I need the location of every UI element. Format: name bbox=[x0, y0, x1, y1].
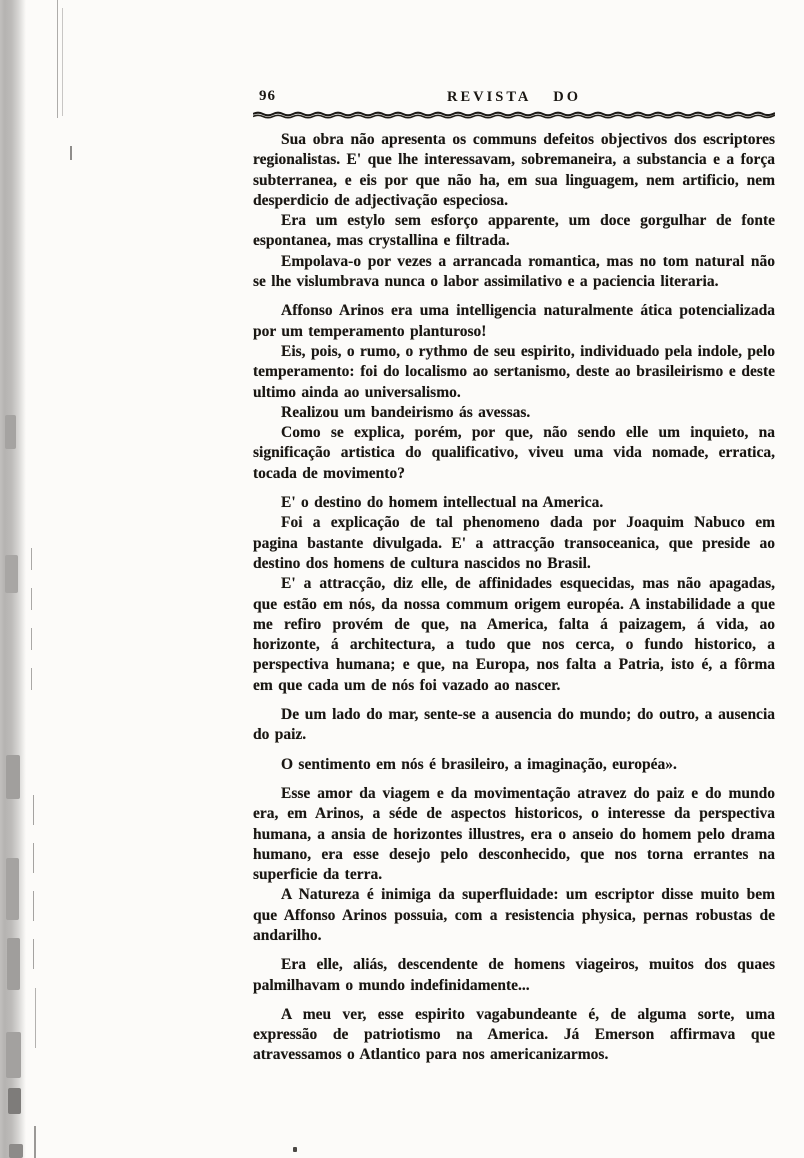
paragraph: Era um estylo sem esforço apparente, um … bbox=[253, 211, 775, 252]
paragraph: Era elle, aliás, descendente de homens v… bbox=[253, 955, 775, 996]
paragraph: De um lado do mar, sente-se a ausencia d… bbox=[253, 705, 775, 746]
scan-scratch bbox=[70, 146, 72, 160]
scan-blotch bbox=[6, 858, 19, 920]
paragraph: A Natureza é inimiga da superfluidade: u… bbox=[253, 885, 775, 946]
paragraph: Eis, pois, o rumo, o rythmo de seu espir… bbox=[253, 342, 775, 403]
paragraph: Foi a explicação de tal phenomeno dada p… bbox=[253, 513, 775, 574]
scan-scratch bbox=[62, 8, 63, 116]
scanned-book-page: 96 REVISTA DO Sua obra não apresenta os … bbox=[0, 0, 804, 1158]
scan-blotch bbox=[6, 755, 20, 799]
scan-blotch bbox=[5, 555, 18, 593]
paragraph: Sua obra não apresenta os communs defeit… bbox=[253, 130, 775, 211]
header-rule bbox=[253, 109, 775, 121]
stray-ink-dot bbox=[293, 1147, 297, 1152]
paragraph: Realizou um bandeirismo ás avessas. bbox=[253, 403, 775, 423]
scan-blotch bbox=[5, 415, 16, 449]
scan-scratch bbox=[35, 988, 36, 1048]
scan-scratch bbox=[31, 548, 32, 698]
paragraph: Affonso Arinos era uma intelligencia nat… bbox=[253, 301, 775, 342]
running-title: REVISTA DO bbox=[253, 89, 775, 106]
paragraph: E' a attracção, diz elle, de affinidades… bbox=[253, 574, 775, 696]
scan-scratch bbox=[57, 0, 58, 118]
scan-blotch bbox=[6, 1032, 21, 1078]
paragraph: E' o destino do homem intellectual na Am… bbox=[253, 493, 775, 513]
paragraph: O sentimento em nós é brasileiro, a imag… bbox=[253, 755, 775, 775]
scan-scratch bbox=[34, 1126, 36, 1158]
scan-blotch bbox=[8, 1088, 21, 1114]
scan-blotch bbox=[7, 938, 20, 990]
text-block: Sua obra não apresenta os communs defeit… bbox=[253, 130, 775, 1066]
paragraph: Como se explica, porém, por que, não sen… bbox=[253, 423, 775, 484]
paragraph: Esse amor da viagem e da movimentação at… bbox=[253, 784, 775, 885]
scan-blotch bbox=[9, 1144, 23, 1158]
scan-scratch bbox=[33, 795, 34, 970]
paragraph: A meu ver, esse espirito vagabundeante é… bbox=[253, 1005, 775, 1066]
paragraph: Empolava-o por vezes a arrancada romanti… bbox=[253, 252, 775, 293]
